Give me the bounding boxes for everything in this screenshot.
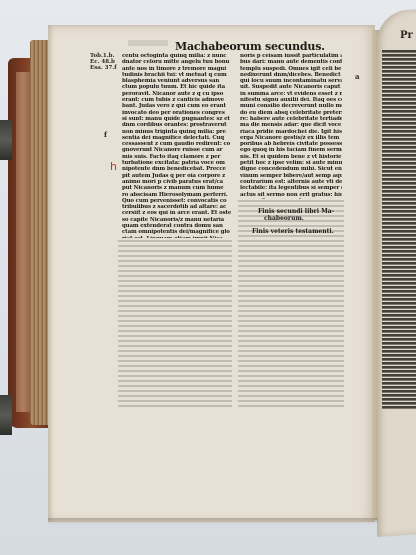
- text-line: ro abscisam Hierosolymam perferri.: [122, 192, 232, 198]
- section-marker-f: f: [104, 130, 107, 139]
- running-head: Machabeorum secundus.: [175, 40, 325, 53]
- explicit-maccabees: Finis secundi libri Ma- chabeorum.: [258, 208, 334, 222]
- text-line: ante nos in timore z tremore magni: [122, 66, 232, 72]
- right-text-column: noris p ceisam iussit particulatim avi b…: [240, 53, 342, 199]
- text-line: dnator celoru mitte angelu tuu bonu: [122, 59, 232, 65]
- text-line: riaca pridie mardochei die. Igit his: [240, 129, 342, 135]
- right-page-head: Pr: [400, 30, 413, 41]
- show-through-left-column: [118, 240, 232, 410]
- margin-references: Tob.1.b. Ec. 48.b Esa. 37.f: [90, 53, 117, 72]
- explicit-line: chabeorum.: [258, 215, 334, 222]
- text-line: uit. Suspedit aute Nicanoris caput: [240, 84, 342, 90]
- text-line: riat est. Linguam etiam impij Nica: [122, 236, 232, 238]
- text-line: ego quoq in his faciam finem sermo: [240, 147, 342, 153]
- text-line: cersiit z eos qui in arce erant. Et oste: [122, 210, 232, 216]
- text-line: lectabile: ita legentibus si semper ex: [240, 185, 342, 191]
- binding-edge: [16, 72, 30, 412]
- text-line: put Nicanoris z manum cum hume: [122, 185, 232, 191]
- rubricated-letter-h: h: [110, 160, 117, 173]
- explicit-line: Finis secundi libri Ma-: [258, 208, 334, 215]
- text-line: pit autem Judas q per oia corpore z: [122, 173, 232, 179]
- section-marker-a: a: [355, 72, 360, 81]
- text-line: ctam omnipotentis dei/magnifice glo: [122, 229, 232, 235]
- text-line: digne concedendum mihi. Sicut eni: [240, 166, 342, 172]
- text-line: actus sit sermo non erit gratus: hic: [240, 192, 342, 198]
- text-line: ctum populu tuum. Et hic quide ita: [122, 84, 232, 90]
- right-page-text-block: [382, 50, 416, 410]
- text-line: dnm cordibus orantes: prostraverut: [122, 122, 232, 128]
- text-line: muni consilio decreverunt nullo mo: [240, 103, 342, 109]
- text-line: nipotente dnm benedicebat. Precce: [122, 166, 232, 172]
- left-text-column: centu octoginta quinq milia: z nunc dnat…: [122, 53, 232, 238]
- show-through-heading: [128, 40, 168, 46]
- text-line: ma die mensis adar: que dicit voce sy: [240, 122, 342, 128]
- text-line: bus dari: manu aute dementis contra: [240, 59, 342, 65]
- text-line: non minus triginta quinq milia: pre: [122, 129, 232, 135]
- text-line: ergo erit consummatus.: [240, 198, 342, 199]
- metal-clasp-lower: [0, 395, 12, 435]
- margin-note: Esa. 37.f: [90, 65, 117, 71]
- text-line: templu suspedi. Omnes igit celi be: [240, 66, 342, 72]
- text-line: vinum semper bibere/aut semp aqua: [240, 173, 342, 179]
- page-bottom-shadow: [48, 518, 378, 524]
- metal-clasp-upper: [0, 120, 12, 160]
- text-line: gnoverunt Nicanore ruisse cum ar: [122, 147, 232, 153]
- text-line: bant. Judas vero z qui cum eo erant: [122, 103, 232, 109]
- explicit-old-testament: Finis veteris testamenti.: [252, 228, 334, 235]
